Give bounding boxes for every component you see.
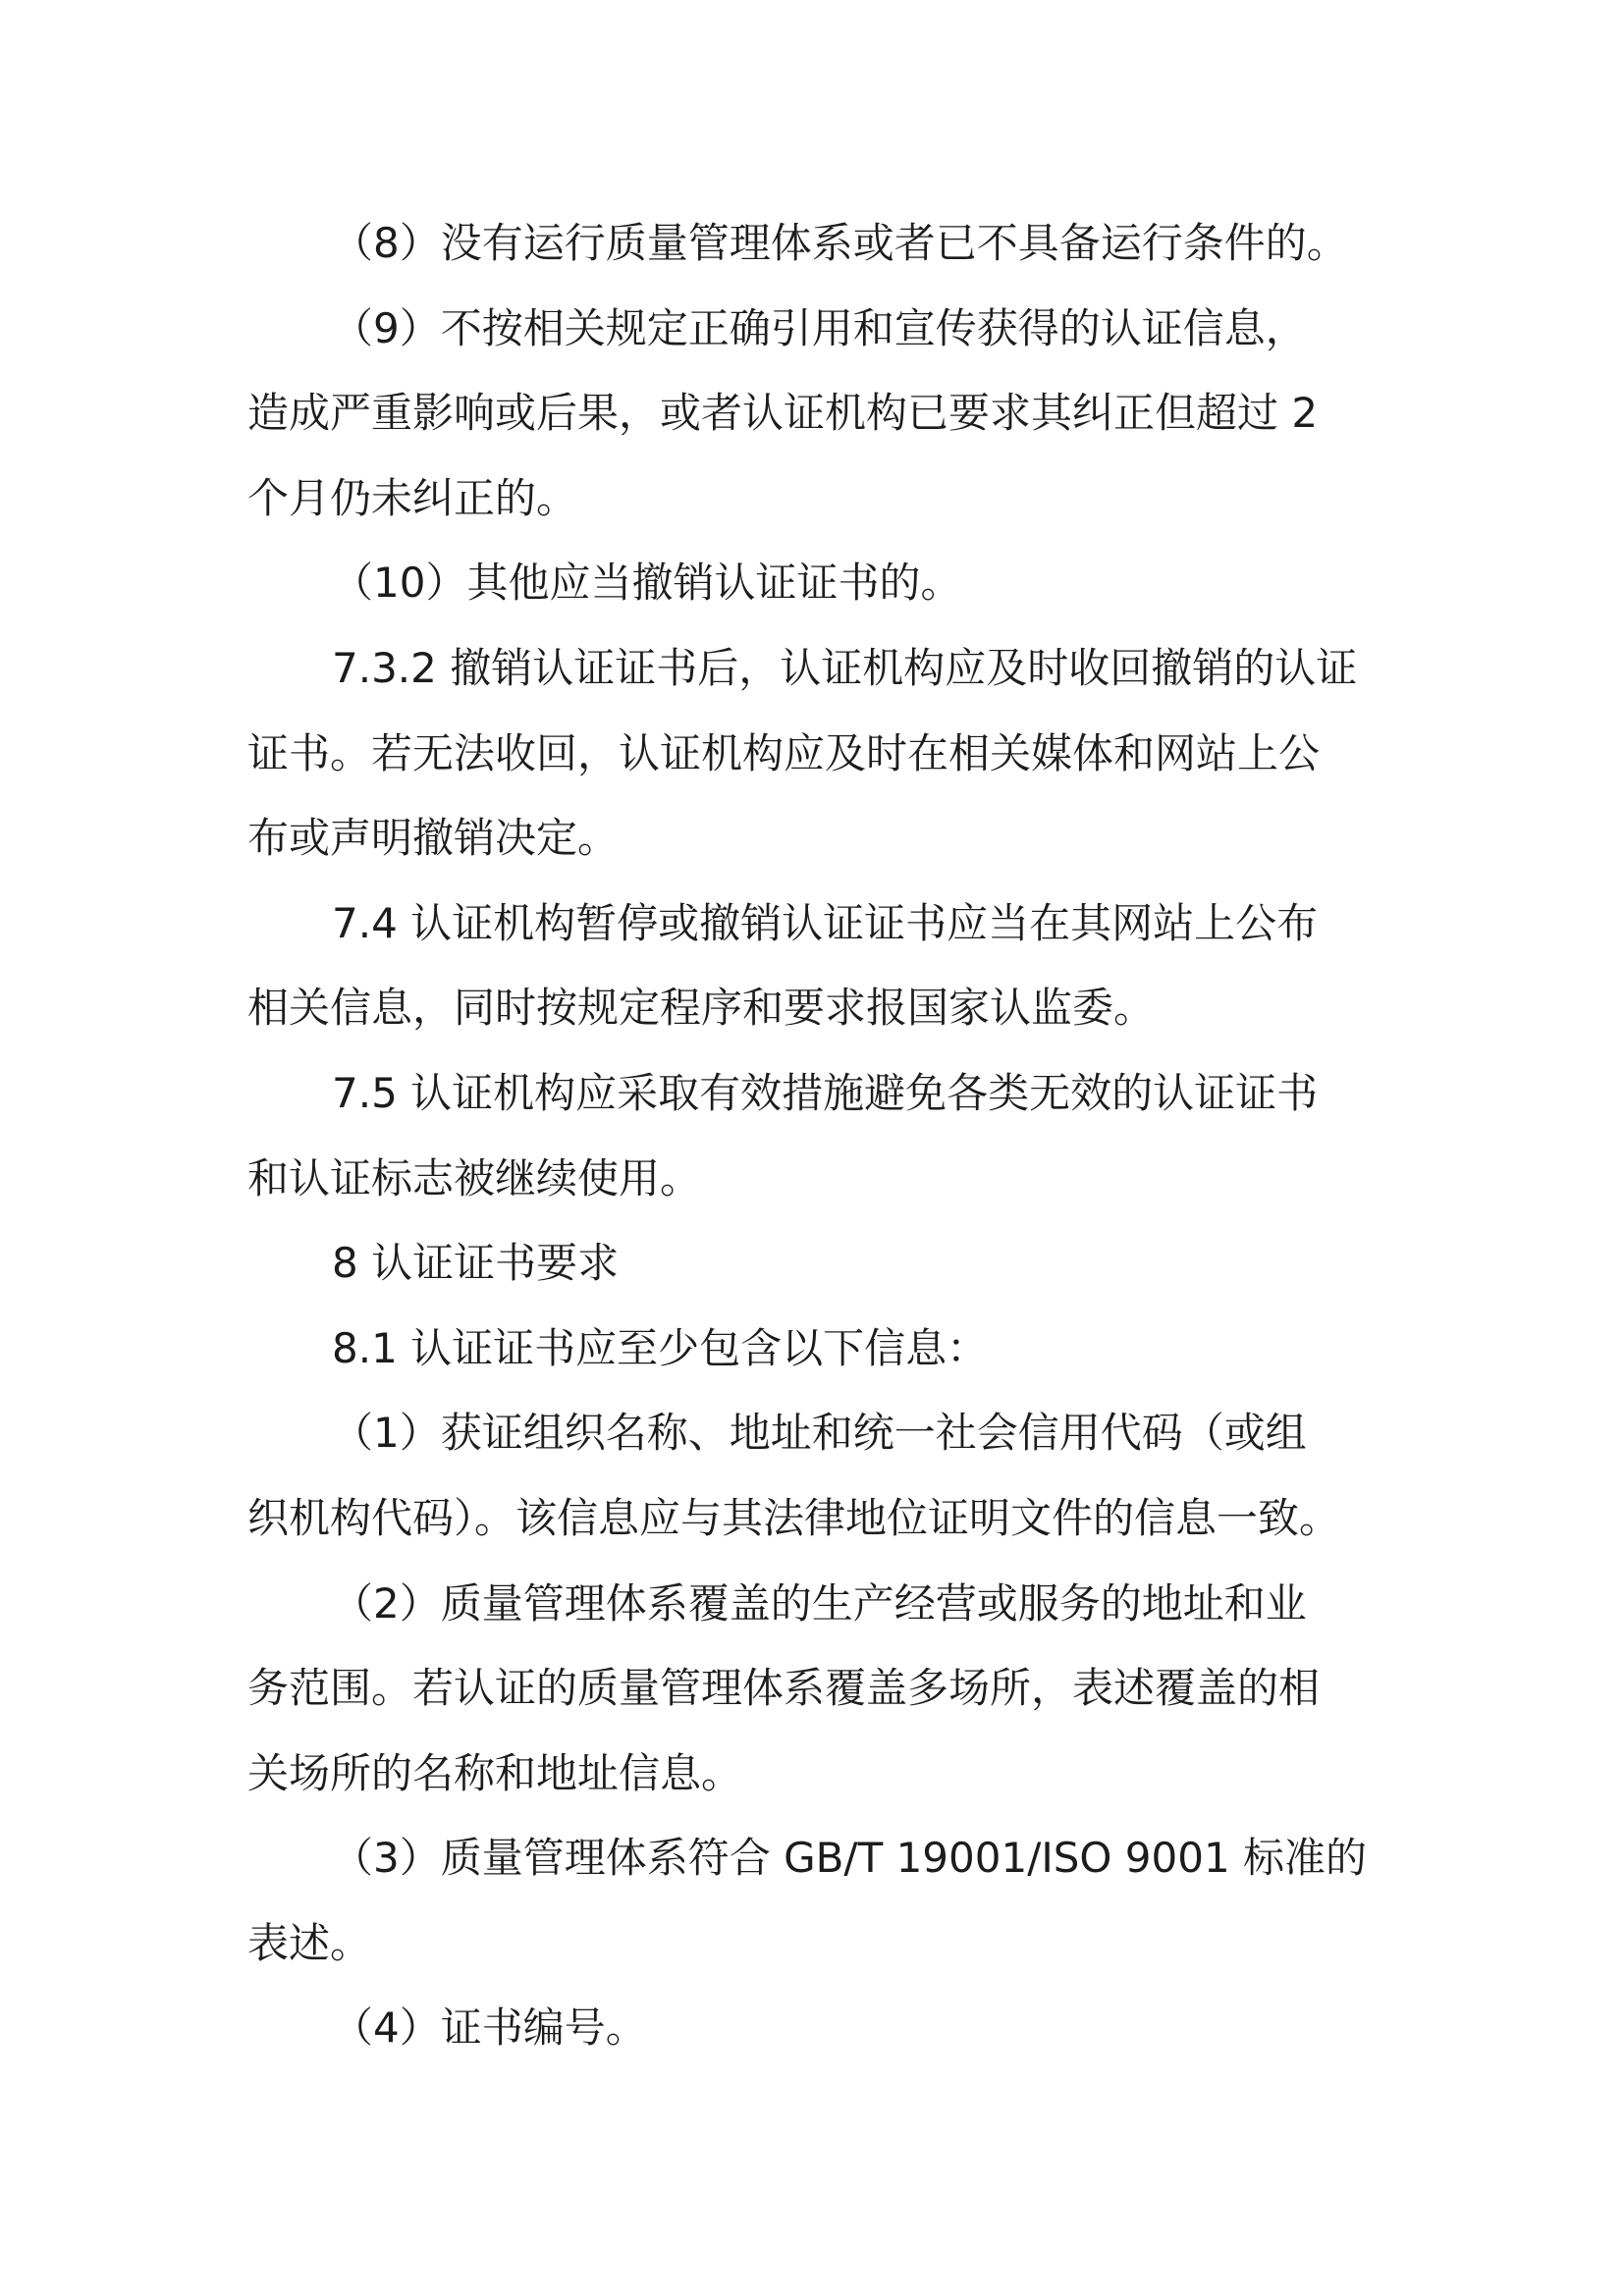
list-item-3: （3）质量管理体系符合 GB/T 19001/ISO 9001 标准的: [247, 1816, 1377, 1901]
document-page: （8）没有运行质量管理体系或者已不具备运行条件的。 （9）不按相关规定正确引用和…: [0, 0, 1624, 2296]
document-body: （8）没有运行质量管理体系或者已不具备运行条件的。 （9）不按相关规定正确引用和…: [247, 201, 1377, 2071]
list-item-9-continued: 个月仍未纠正的。: [247, 456, 1377, 542]
clause-7-4: 7.4 认证机构暂停或撤销认证证书应当在其网站上公布: [247, 881, 1377, 967]
list-item-4: （4）证书编号。: [247, 1986, 1377, 2071]
list-item-1: （1）获证组织名称、地址和统一社会信用代码（或组: [247, 1391, 1377, 1476]
list-item-2-continued: 关场所的名称和地址信息。: [247, 1732, 1377, 1817]
list-item-1-continued: 织机构代码）。该信息应与其法律地位证明文件的信息一致。: [247, 1476, 1377, 1562]
list-item-8: （8）没有运行质量管理体系或者已不具备运行条件的。: [247, 201, 1377, 287]
clause-7-4-continued: 相关信息，同时按规定程序和要求报国家认监委。: [247, 966, 1377, 1051]
clause-7-3-2-continued: 证书。若无法收回，认证机构应及时在相关媒体和网站上公: [247, 712, 1377, 797]
list-item-2-continued: 务范围。若认证的质量管理体系覆盖多场所，表述覆盖的相: [247, 1646, 1377, 1732]
clause-7-5: 7.5 认证机构应采取有效措施避免各类无效的认证证书: [247, 1051, 1377, 1137]
clause-8-1: 8.1 认证证书应至少包含以下信息：: [247, 1307, 1377, 1392]
clause-7-3-2-continued: 布或声明撤销决定。: [247, 796, 1377, 881]
list-item-9-continued: 造成严重影响或后果，或者认证机构已要求其纠正但超过 2: [247, 371, 1377, 456]
section-heading-8: 8 认证证书要求: [247, 1221, 1377, 1307]
clause-7-5-continued: 和认证标志被继续使用。: [247, 1137, 1377, 1222]
list-item-9: （9）不按相关规定正确引用和宣传获得的认证信息，: [247, 287, 1377, 372]
clause-7-3-2: 7.3.2 撤销认证证书后，认证机构应及时收回撤销的认证: [247, 626, 1377, 712]
list-item-3-continued: 表述。: [247, 1901, 1377, 1987]
list-item-10: （10）其他应当撤销认证证书的。: [247, 541, 1377, 626]
list-item-2: （2）质量管理体系覆盖的生产经营或服务的地址和业: [247, 1562, 1377, 1647]
